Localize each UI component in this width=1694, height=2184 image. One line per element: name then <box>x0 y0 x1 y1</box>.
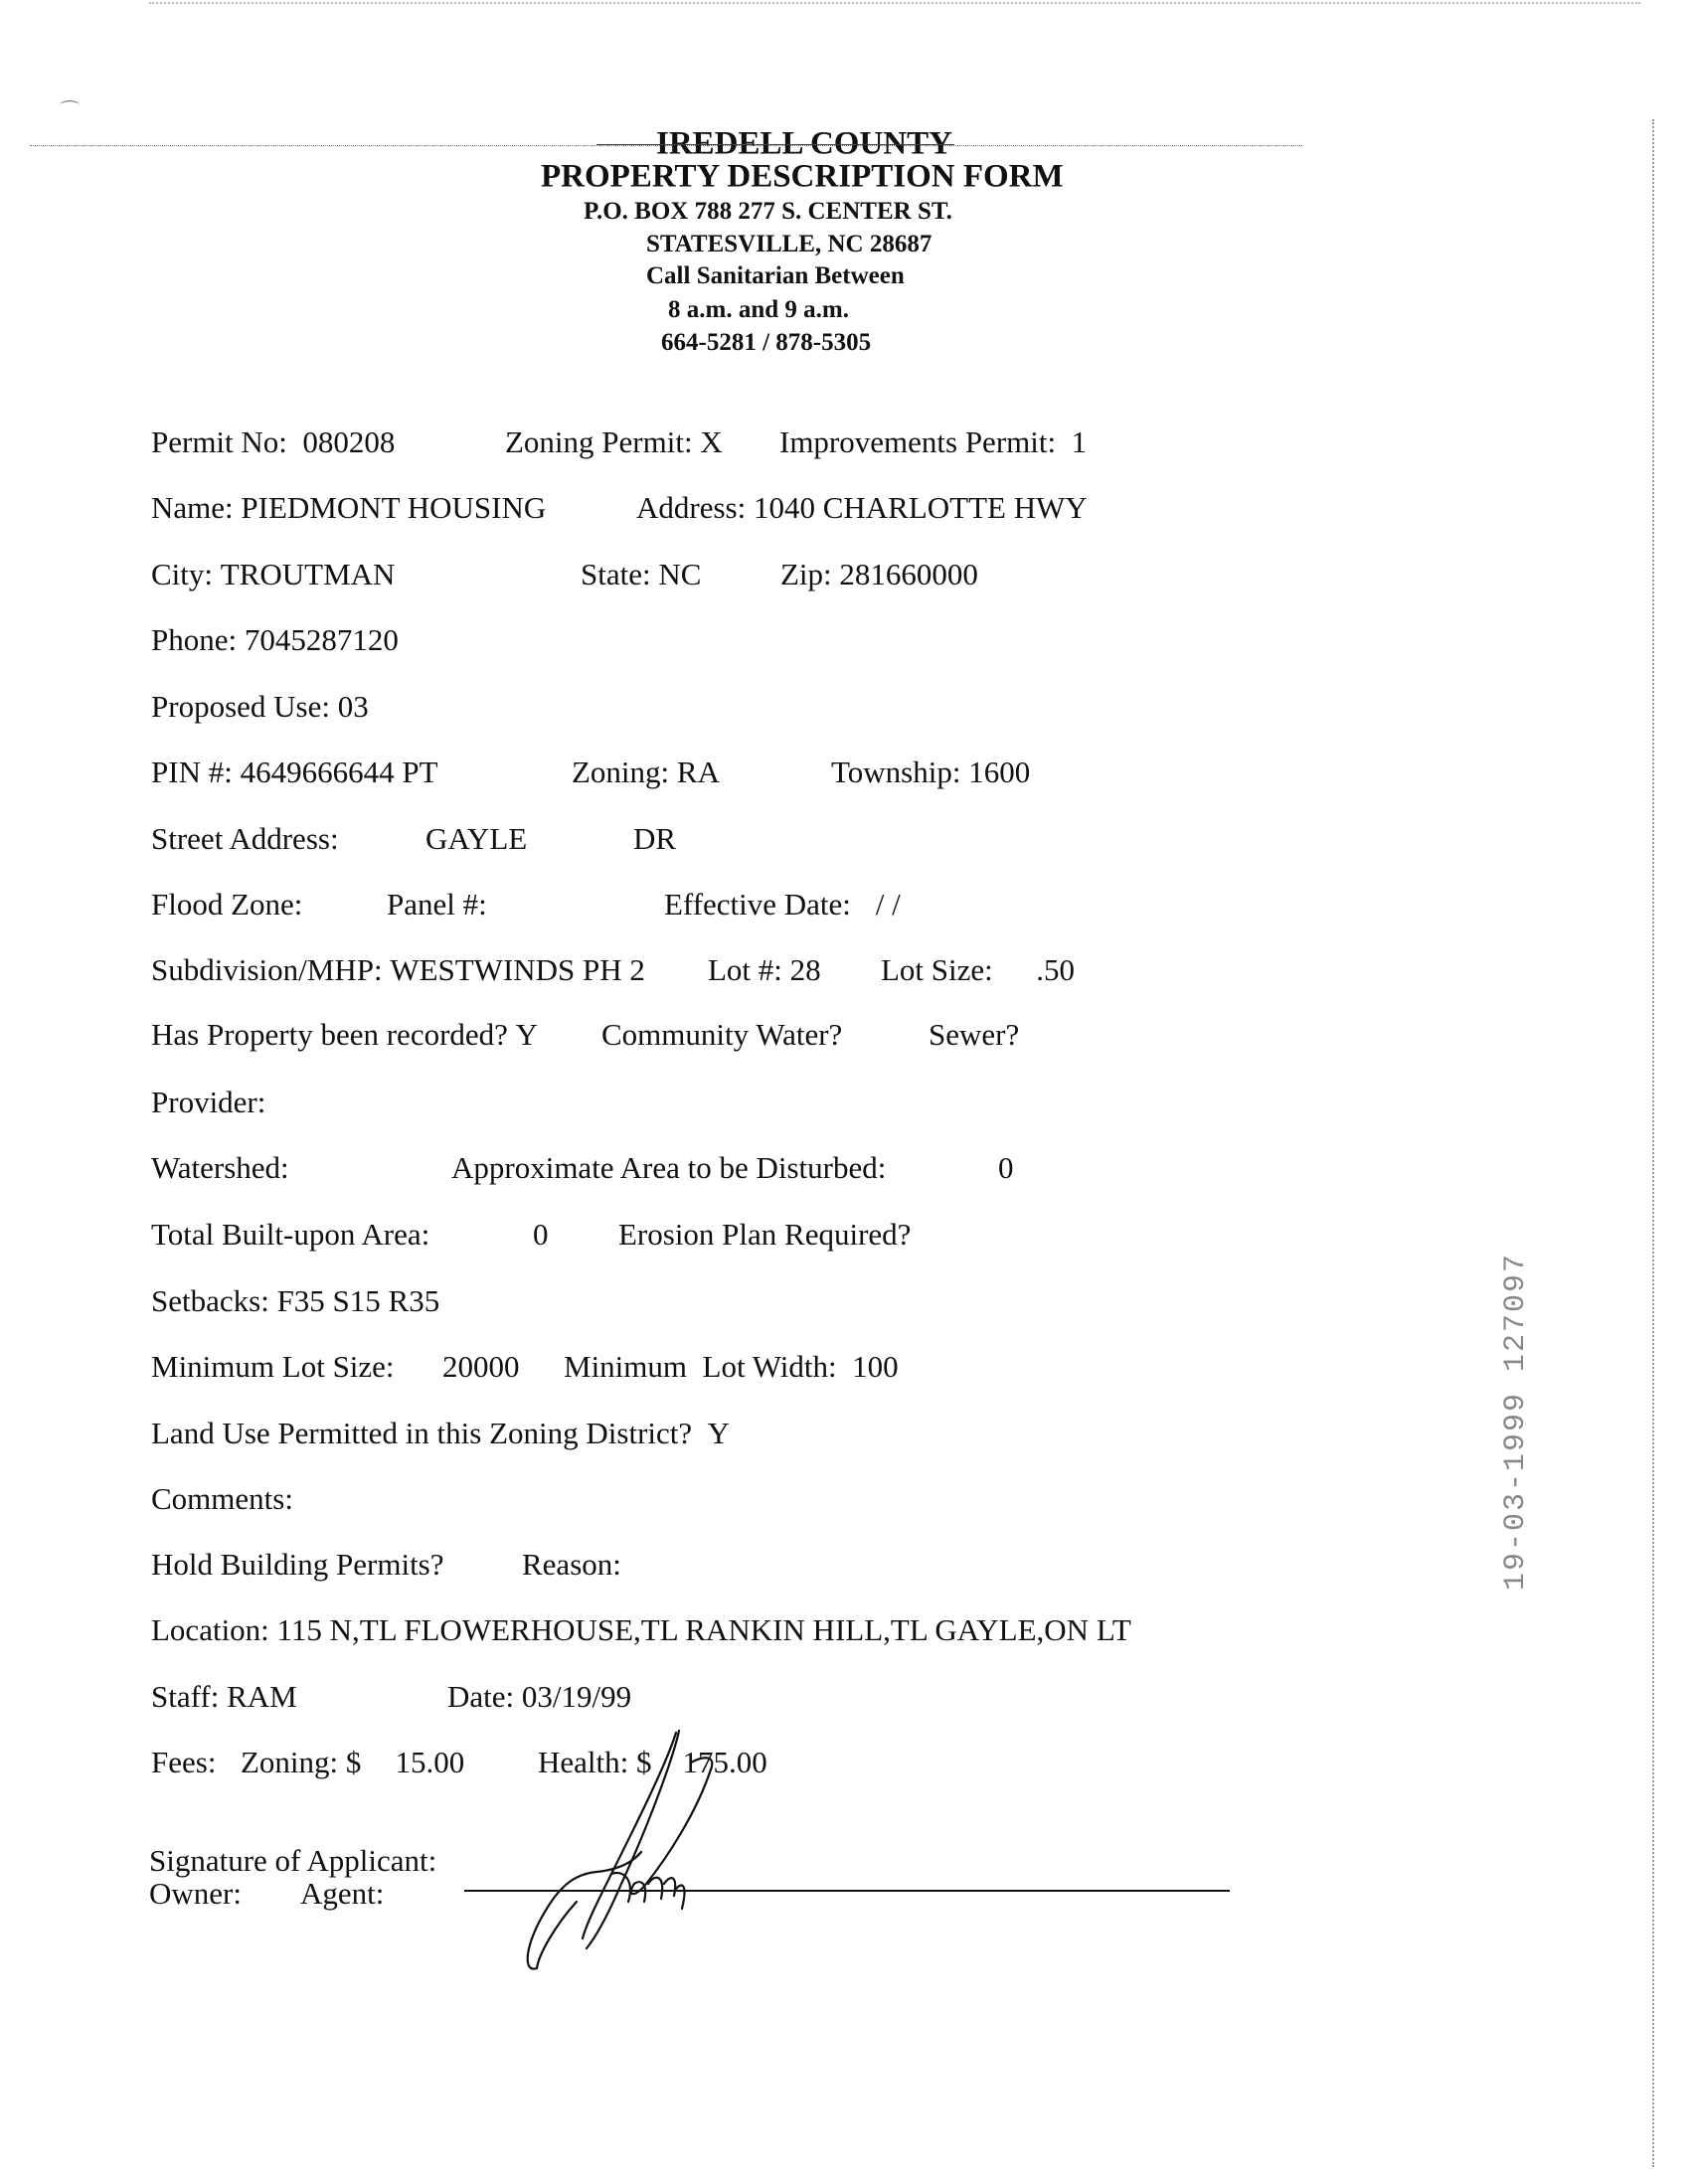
zoning-fee: Zoning: $15.00 <box>241 1743 464 1782</box>
agent-label: Agent: <box>300 1874 384 1914</box>
panel: Panel #: <box>387 885 487 924</box>
mailing-address: P.O. BOX 788 277 S. CENTER ST. <box>584 198 952 226</box>
row-pin: PIN #:4649666644 PT Zoning:RA Township:1… <box>0 753 1694 792</box>
row-staff-date: Staff:RAM Date:03/19/99 <box>0 1677 1694 1717</box>
community-water: Community Water? <box>601 1015 842 1055</box>
row-owner-agent: Owner: Agent: <box>0 1874 1694 1914</box>
land-use-permitted: Land Use Permitted in this Zoning Distri… <box>151 1414 730 1453</box>
area-disturbed-value: 0 <box>998 1148 1014 1188</box>
min-lot-width: Minimum Lot Width:100 <box>564 1347 899 1387</box>
row-land-use: Land Use Permitted in this Zoning Distri… <box>0 1414 1694 1453</box>
recorded: Has Property been recorded?Y <box>151 1015 538 1055</box>
row-watershed: Watershed: Approximate Area to be Distur… <box>0 1148 1694 1188</box>
scan-edge-top <box>149 2 1640 4</box>
row-phone: Phone:7045287120 <box>0 620 1694 660</box>
built-upon-label: Total Built-upon Area: <box>151 1215 429 1255</box>
city-state-zip: STATESVILLE, NC 28687 <box>646 231 932 258</box>
watershed: Watershed: <box>151 1148 289 1188</box>
row-flood: Flood Zone: Panel #: Effective Date:/ / <box>0 885 1694 924</box>
reason: Reason: <box>522 1545 621 1585</box>
row-recorded: Has Property been recorded?Y Community W… <box>0 1015 1694 1055</box>
staff: Staff:RAM <box>151 1677 297 1717</box>
row-minimums: Minimum Lot Size: 20000 Minimum Lot Widt… <box>0 1347 1694 1387</box>
area-disturbed-label: Approximate Area to be Disturbed: <box>451 1148 886 1188</box>
lot-no: Lot #:28 <box>708 950 821 990</box>
row-street-address: Street Address: GAYLE DR <box>0 819 1694 859</box>
location: Location:115 N,TL FLOWERHOUSE,TL RANKIN … <box>151 1610 1131 1650</box>
date-stamp: 19-03-1999 127097 <box>1499 1253 1533 1591</box>
row-setbacks: Setbacks:F35 S15 R35 <box>0 1281 1694 1321</box>
improvements-permit: Improvements Permit:1 <box>779 422 1087 462</box>
min-lot-size-label: Minimum Lot Size: <box>151 1347 395 1387</box>
name: Name:PIEDMONT HOUSING <box>151 488 546 528</box>
row-location: Location:115 N,TL FLOWERHOUSE,TL RANKIN … <box>0 1610 1694 1650</box>
effective-date: Effective Date:/ / <box>664 885 901 924</box>
row-city: City:TROUTMAN State:NC Zip:281660000 <box>0 555 1694 594</box>
phones: 664-5281 / 878-5305 <box>661 329 871 357</box>
fees-label: Fees: <box>151 1743 216 1782</box>
scan-mark: ⌒ <box>60 94 80 123</box>
row-comments: Comments: <box>0 1479 1694 1519</box>
row-hold-permits: Hold Building Permits? Reason: <box>0 1545 1694 1585</box>
comments: Comments: <box>151 1479 293 1519</box>
row-fees: Fees: Zoning: $15.00 Health: $175.00 <box>0 1743 1694 1782</box>
city: City:TROUTMAN <box>151 555 395 594</box>
row-subdivision: Subdivision/MHP:WESTWINDS PH 2 Lot #:28 … <box>0 950 1694 990</box>
call-note: Call Sanitarian Between <box>646 262 905 290</box>
row-name-address: Name:PIEDMONT HOUSING Address:1040 CHARL… <box>0 488 1694 528</box>
zip: Zip:281660000 <box>780 555 978 594</box>
proposed-use: Proposed Use:03 <box>151 687 369 727</box>
hold-building-permits: Hold Building Permits? <box>151 1545 444 1585</box>
sewer: Sewer? <box>929 1015 1019 1055</box>
subdivision: Subdivision/MHP:WESTWINDS PH 2 <box>151 950 645 990</box>
zoning-permit: Zoning Permit:X <box>505 422 723 462</box>
row-built-upon: Total Built-upon Area: 0 Erosion Plan Re… <box>0 1215 1694 1255</box>
property-description-form: ⌒ IREDELL COUNTY PROPERTY DESCRIPTION FO… <box>0 0 1694 2184</box>
built-upon-value: 0 <box>533 1215 549 1255</box>
flood-zone: Flood Zone: <box>151 885 302 924</box>
erosion-plan: Erosion Plan Required? <box>618 1215 911 1255</box>
phone: Phone:7045287120 <box>151 620 399 660</box>
owner-label: Owner: <box>149 1874 242 1914</box>
street-suffix: DR <box>633 819 676 859</box>
header-strike <box>596 144 954 145</box>
street-address-label: Street Address: <box>151 819 339 859</box>
township: Township:1600 <box>831 753 1030 792</box>
lot-size: Lot Size:.50 <box>881 950 1075 990</box>
row-provider: Provider: <box>0 1083 1694 1122</box>
zoning: Zoning:RA <box>572 753 720 792</box>
street-name: GAYLE <box>425 819 527 859</box>
setbacks: Setbacks:F35 S15 R35 <box>151 1281 439 1321</box>
provider: Provider: <box>151 1083 265 1122</box>
row-permits: Permit No:080208 Zoning Permit:X Improve… <box>0 422 1694 462</box>
state: State:NC <box>581 555 701 594</box>
min-lot-size-value: 20000 <box>442 1347 520 1387</box>
call-hours: 8 a.m. and 9 a.m. <box>668 296 849 324</box>
pin: PIN #:4649666644 PT <box>151 753 438 792</box>
row-proposed-use: Proposed Use:03 <box>0 687 1694 727</box>
permit-no: Permit No:080208 <box>151 422 395 462</box>
form-title: PROPERTY DESCRIPTION FORM <box>541 159 1064 196</box>
handwritten-signature <box>517 1725 835 1983</box>
date: Date:03/19/99 <box>447 1677 631 1717</box>
address: Address:1040 CHARLOTTE HWY <box>636 488 1088 528</box>
